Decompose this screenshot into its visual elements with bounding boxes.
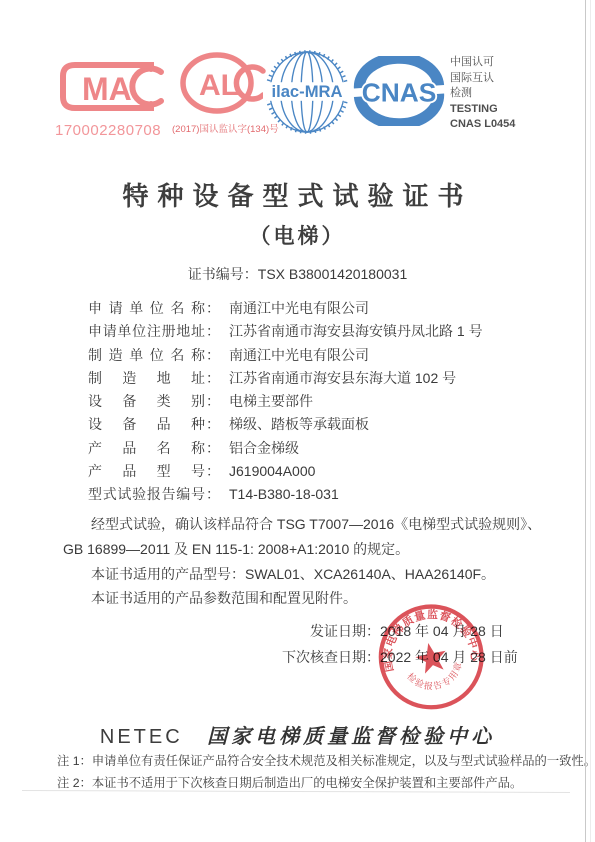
field-row: 设备类别：电梯主要部件 (88, 390, 483, 413)
certificate-number-label: 证书编号： (188, 266, 258, 282)
field-row: 申请单位注册地址：江苏省南通市海安县海安镇丹凤北路 1 号 (88, 320, 483, 343)
cnas-icon: CNAS (352, 56, 446, 126)
issuer-acronym: NETEC (100, 726, 183, 748)
field-value: T14-B380-18-031 (229, 486, 339, 502)
field-colon: ： (205, 483, 221, 506)
field-row: 产品型号：J619004A000 (88, 460, 483, 483)
field-label: 产品名称 (88, 437, 205, 460)
field-label: 申请单位注册地址 (88, 320, 205, 343)
cnas-caption-line: 检测 (450, 86, 515, 102)
cma-number: 170002280708 (55, 122, 175, 139)
page-subtitle: （电梯） (0, 220, 595, 250)
statement: 经型式试验，确认该样品符合 TSG T7007—2016《电梯型式试验规则》、G… (63, 512, 547, 562)
field-colon: ： (205, 460, 221, 483)
field-row: 制造单位名称：南通江中光电有限公司 (88, 344, 483, 367)
cnas-caption-line: 中国认可 (450, 55, 515, 71)
field-colon: ： (205, 390, 221, 413)
field-row: 制造地址：江苏省南通市海安县东海大道 102 号 (88, 367, 483, 390)
certificate-number-value: TSX B38001420180031 (258, 266, 407, 282)
field-colon: ： (205, 437, 221, 460)
certificate-number-line: 证书编号：TSX B38001420180031 (0, 264, 595, 284)
field-row: 型式试验报告编号：T14-B380-18-031 (88, 483, 483, 506)
field-value: 南通江中光电有限公司 (229, 300, 369, 316)
field-row: 产品名称：铝合金梯级 (88, 437, 483, 460)
cma-mark-text: MA (82, 71, 132, 107)
official-seal-icon: 国家电梯质量监督检验中心 检验报告专用章 (363, 588, 498, 723)
field-label: 设备品种 (88, 413, 205, 436)
cal-mark-text: AL (199, 69, 239, 102)
ilac-mra-text: ilac-MRA (271, 82, 342, 101)
cma-mark: MA 170002280708 (55, 56, 175, 139)
issuer-name: 国家电梯质量监督检验中心 (207, 724, 495, 748)
field-label: 设备类别 (88, 390, 205, 413)
ilac-mra-icon: ilac-MRA (263, 48, 351, 136)
field-table: 申请单位名称：南通江中光电有限公司 申请单位注册地址：江苏省南通市海安县海安镇丹… (88, 297, 483, 507)
certificate-page: MA 170002280708 AL (2017)国认监认字(134)号 ila… (0, 0, 595, 842)
field-label: 申请单位名称 (88, 297, 205, 320)
field-value: 梯级、踏板等承载面板 (229, 416, 369, 432)
field-colon: ： (205, 320, 221, 343)
official-seal: 国家电梯质量监督检验中心 检验报告专用章 (363, 588, 498, 723)
page-title: 特种设备型式试验证书 (0, 176, 595, 213)
field-colon: ： (205, 367, 221, 390)
footnotes: 注 1：申请单位有责任保证产品符合安全技术规范及相关标准规定，以及与型式试验样品… (57, 750, 591, 794)
cnas-caption-line: CNAS L0454 (450, 117, 515, 133)
cma-mark-icon: MA (55, 56, 173, 116)
cnas-mark: CNAS (352, 56, 446, 131)
field-colon: ： (205, 413, 221, 436)
review-date-label: 下次核查日期： (278, 645, 380, 671)
field-value: 南通江中光电有限公司 (229, 347, 369, 363)
field-row: 申请单位名称：南通江中光电有限公司 (88, 297, 483, 320)
cnas-text: CNAS (362, 77, 437, 107)
field-row: 设备品种：梯级、踏板等承载面板 (88, 413, 483, 436)
cal-mark-icon: AL (175, 50, 275, 116)
field-value: 江苏省南通市海安县东海大道 102 号 (229, 370, 456, 386)
cnas-caption-line: 国际互认 (450, 71, 515, 87)
statement: 本证书适用的产品型号：SWAL01、XCA26140A、HAA26140F。 (63, 562, 547, 587)
field-colon: ： (205, 297, 221, 320)
scan-edge-right (585, 0, 586, 842)
scan-edge-right-outer (590, 0, 591, 842)
ilac-mra-mark: ilac-MRA (263, 48, 351, 141)
field-value: J619004A000 (229, 463, 315, 479)
cnas-caption: 中国认可 国际互认 检测 TESTING CNAS L0454 (450, 55, 515, 133)
cnas-caption-line: TESTING (450, 102, 515, 118)
field-value: 江苏省南通市海安县海安镇丹凤北路 1 号 (229, 323, 483, 339)
field-value: 电梯主要部件 (229, 393, 313, 409)
field-label: 制造单位名称 (88, 344, 205, 367)
field-value: 铝合金梯级 (229, 440, 299, 456)
field-label: 制造地址 (88, 367, 205, 390)
issuer-line: NETEC 国家电梯质量监督检验中心 (0, 720, 595, 749)
field-label: 产品型号 (88, 460, 205, 483)
footnote: 注 1：申请单位有责任保证产品符合安全技术规范及相关标准规定，以及与型式试验样品… (57, 750, 591, 772)
field-label: 型式试验报告编号 (88, 483, 205, 506)
field-colon: ： (205, 344, 221, 367)
